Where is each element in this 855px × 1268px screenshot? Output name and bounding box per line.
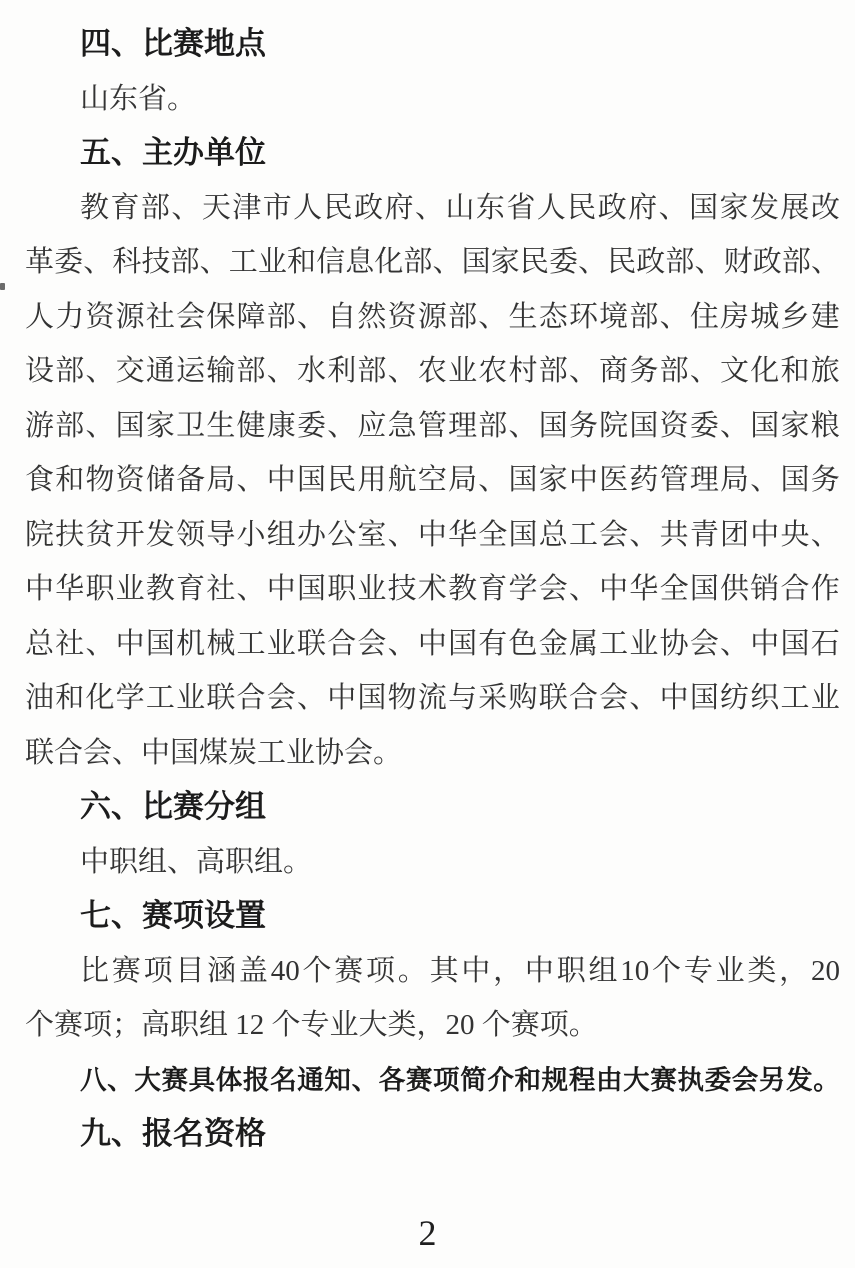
para-organizers-line: 总社、中国机械工业联合会、中国有色金属工业协会、中国石 xyxy=(25,617,840,672)
para-organizers-line: 设部、交通运输部、水利部、农业农村部、商务部、文化和旅 xyxy=(25,344,840,399)
para-organizers-line: 革委、科技部、工业和信息化部、国家民委、民政部、财政部、 xyxy=(25,235,840,290)
heading-competition-location: 四、比赛地点 xyxy=(25,17,840,72)
para-organizers-line: 游部、国家卫生健康委、应急管理部、国务院国资委、国家粮 xyxy=(25,399,840,454)
heading-registration-eligibility: 九、报名资格 xyxy=(25,1107,840,1162)
para-organizers-line: 油和化学工业联合会、中国物流与采购联合会、中国纺织工业 xyxy=(25,671,840,726)
document-content: 四、比赛地点 山东省。 五、主办单位 教育部、天津市人民政府、山东省人民政府、国… xyxy=(25,17,840,1162)
heading-registration-notice: 八、大赛具体报名通知、各赛项简介和规程由大赛执委会另发。 xyxy=(25,1053,840,1108)
para-event-setup-line: 个赛项；高职组 12 个专业大类，20 个赛项。 xyxy=(25,998,840,1053)
scan-artifact xyxy=(0,283,5,290)
para-competition-location: 山东省。 xyxy=(25,72,840,127)
para-event-setup-line: 比赛项目涵盖40个赛项。其中，中职组10个专业类，20 xyxy=(25,944,840,999)
para-competition-groups: 中职组、高职组。 xyxy=(25,835,840,890)
para-organizers-line: 教育部、天津市人民政府、山东省人民政府、国家发展改 xyxy=(25,181,840,236)
page-number: 2 xyxy=(0,1208,855,1258)
para-organizers-line: 人力资源社会保障部、自然资源部、生态环境部、住房城乡建 xyxy=(25,290,840,345)
para-organizers-line: 联合会、中国煤炭工业协会。 xyxy=(25,726,840,781)
heading-event-setup: 七、赛项设置 xyxy=(25,889,840,944)
para-organizers-line: 食和物资储备局、中国民用航空局、国家中医药管理局、国务 xyxy=(25,453,840,508)
para-organizers-line: 院扶贫开发领导小组办公室、中华全国总工会、共青团中央、 xyxy=(25,508,840,563)
para-organizers-line: 中华职业教育社、中国职业技术教育学会、中华全国供销合作 xyxy=(25,562,840,617)
heading-competition-groups: 六、比赛分组 xyxy=(25,780,840,835)
heading-organizers: 五、主办单位 xyxy=(25,126,840,181)
document-page: 四、比赛地点 山东省。 五、主办单位 教育部、天津市人民政府、山东省人民政府、国… xyxy=(0,0,855,1268)
